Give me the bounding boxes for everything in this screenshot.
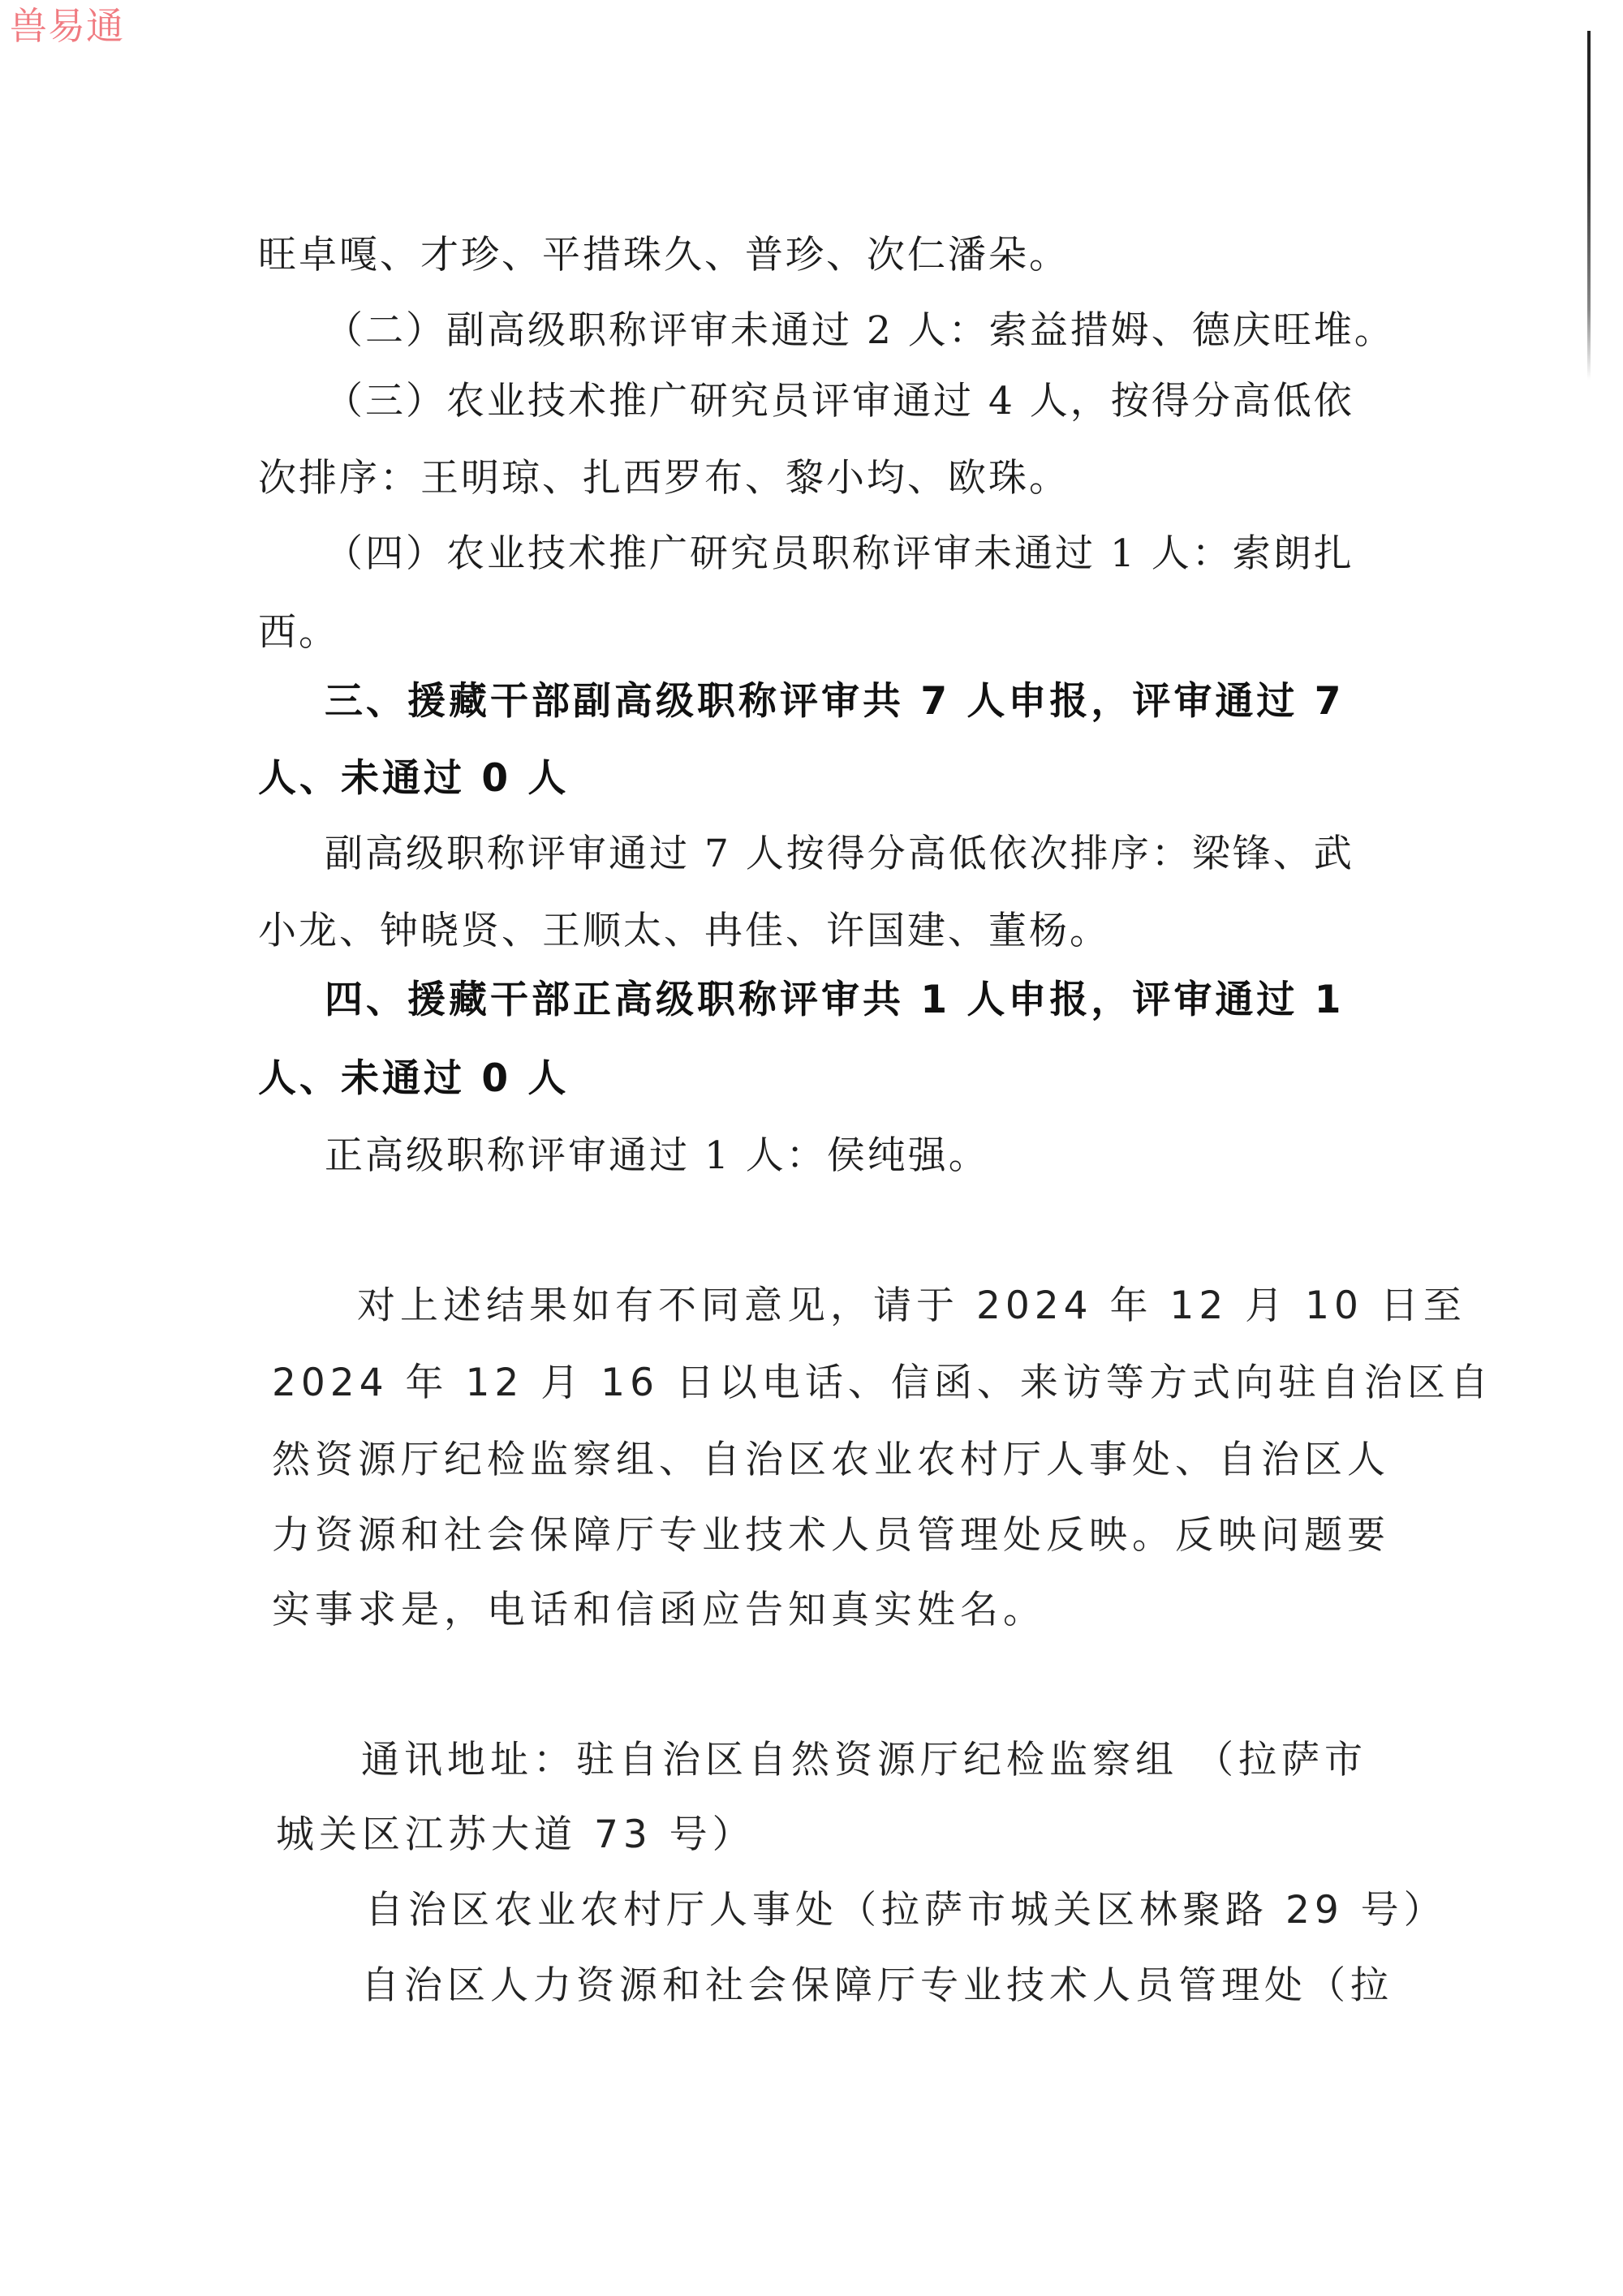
section-3-heading-line-2: 人、未通过 0 人 <box>258 755 569 803</box>
section-3-body-line-2: 小龙、钟晓贤、王顺太、冉佳、许国建、董杨。 <box>258 907 1110 956</box>
address-line-1: 通讯地址：驻自治区自然资源厅纪检监察组 （拉萨市 <box>361 1736 1367 1785</box>
subsection-4-line-2: 西。 <box>258 608 339 657</box>
notice-line-5: 实事求是，电话和信函应告知真实姓名。 <box>272 1586 1046 1635</box>
subsection-3-line-1: （三）农业技术推广研究员评审通过 4 人，按得分高低依 <box>325 377 1354 426</box>
name-list-continuation: 旺卓嘎、才珍、平措珠久、普珍、次仁潘朵。 <box>258 231 1070 280</box>
section-4-body-line-1: 正高级职称评审通过 1 人：侯纯强。 <box>325 1132 989 1180</box>
notice-line-3: 然资源厅纪检监察组、自治区农业农村厅人事处、自治区人 <box>272 1436 1390 1485</box>
document-page: 旺卓嘎、才珍、平措珠久、普珍、次仁潘朵。 （二）副高级职称评审未通过 2 人：索… <box>0 0 1623 2296</box>
section-4-heading-line-2: 人、未通过 0 人 <box>258 1055 569 1103</box>
section-4-heading-line-1: 四、援藏干部正高级职称评审共 1 人申报，评审通过 1 <box>325 976 1345 1025</box>
section-3-heading-line-1: 三、援藏干部副高级职称评审共 7 人申报，评审通过 7 <box>325 677 1345 726</box>
subsection-4-line-1: （四）农业技术推广研究员职称评审未通过 1 人：索朗扎 <box>325 530 1354 578</box>
notice-line-4: 力资源和社会保障厅专业技术人员管理处反映。反映问题要 <box>272 1511 1390 1560</box>
subsection-2-line-1: （二）副高级职称评审未通过 2 人：索益措姆、德庆旺堆。 <box>325 307 1395 355</box>
address-line-3: 自治区农业农村厅人事处（拉萨市城关区林聚路 29 号） <box>365 1886 1447 1935</box>
section-3-body-line-1: 副高级职称评审通过 7 人按得分高低依次排序：梁锋、武 <box>325 830 1354 879</box>
address-line-2: 城关区江苏大道 73 号） <box>276 1811 756 1860</box>
address-line-4: 自治区人力资源和社会保障厅专业技术人员管理处（拉 <box>361 1962 1393 2010</box>
notice-line-1: 对上述结果如有不同意见，请于 2024 年 12 月 10 日至 <box>357 1282 1466 1331</box>
notice-line-2: 2024 年 12 月 16 日以电话、信函、来访等方式向驻自治区自 <box>272 1359 1493 1408</box>
subsection-3-line-2: 次排序：王明琼、扎西罗布、黎小均、欧珠。 <box>258 454 1070 503</box>
